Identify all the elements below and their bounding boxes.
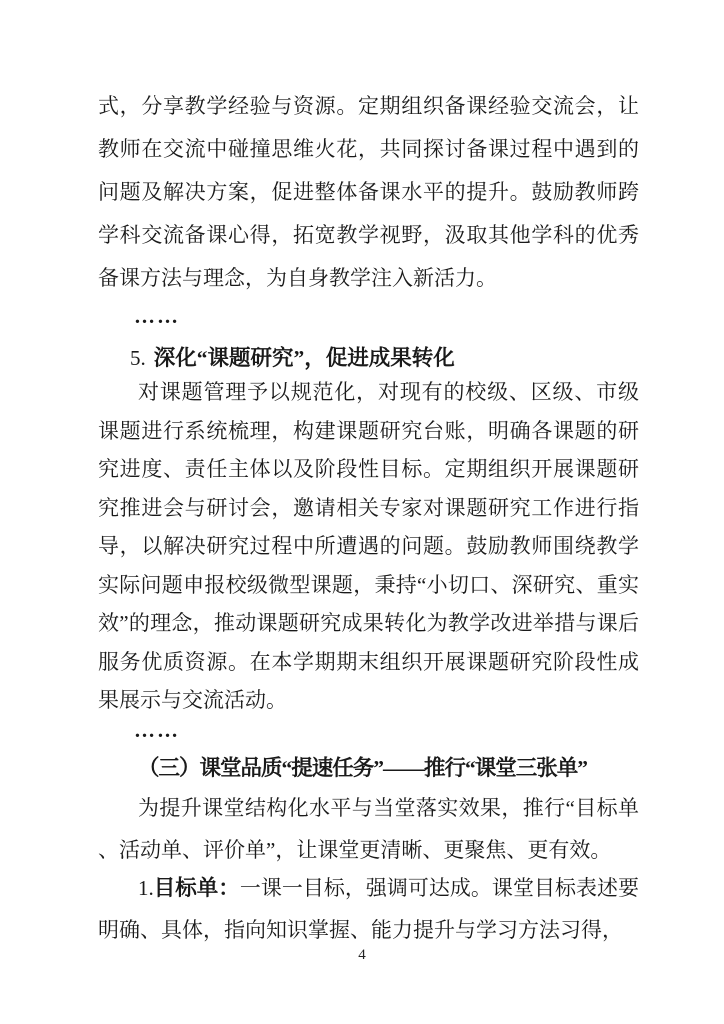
ellipsis-line-2: …… xyxy=(98,713,639,747)
paragraph-three-lists-intro: 为提升课堂结构化水平与当堂落实效果，推行“目标单、活动单、评价单”，让课堂更清晰… xyxy=(98,787,639,871)
document-page: 式，分享教学经验与资源。定期组织备课经验交流会，让教师在交流中碰撞思维火花，共同… xyxy=(0,0,724,1024)
heading-5-number: 5. xyxy=(130,346,146,370)
goal-item-number: 1. xyxy=(138,876,154,900)
paragraph-research-management: 对课题管理予以规范化，对现有的校级、区级、市级课题进行系统梳理，构建课题研究台账… xyxy=(98,373,639,720)
page-number: 4 xyxy=(0,945,724,965)
goal-item-lead: 目标单： xyxy=(154,876,240,900)
paragraph-continued-from-previous-page: 式，分享教学经验与资源。定期组织备课经验交流会，让教师在交流中碰撞思维火花，共同… xyxy=(98,85,639,300)
heading-section-three: （三）课堂品质“提速任务”——推行“课堂三张单” xyxy=(98,748,639,788)
heading-5-title: 深化“课题研究”，促进成果转化 xyxy=(154,346,455,370)
paragraph-goal-list-item: 1.目标单：一课一目标，强调可达成。课堂目标表述要明确、具体，指向知识掌握、能力… xyxy=(98,867,639,951)
ellipsis-line-1: …… xyxy=(98,299,639,333)
